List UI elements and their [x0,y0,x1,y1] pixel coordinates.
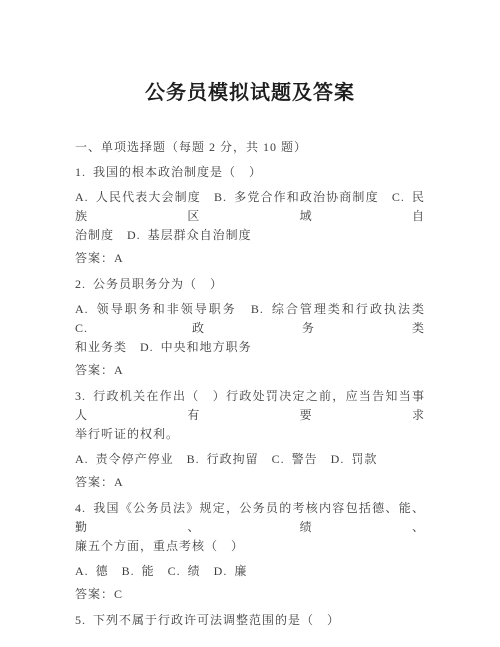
question-5-text: 5. 下列不属于行政许可法调整范围的是（ ） [75,611,425,630]
question-1-options-line-1: A. 人民代表大会制度 B. 多党合作和政治协商制度 C. 民族区域自 [75,188,425,226]
document-title: 公务员模拟试题及答案 [75,80,425,106]
question-4-options: A. 德 B. 能 C. 绩 D. 廉 [75,562,425,581]
question-2-options-line-2: 和业务类 D. 中央和地方职务 [75,338,425,357]
question-3-text-line-1: 3. 行政机关在作出（ ）行政处罚决定之前，应当告知当事人有要求 [75,387,425,425]
question-3-text-line-2: 举行听证的权利。 [75,425,425,444]
question-1-text: 1. 我国的根本政治制度是（ ） [75,163,425,182]
question-2: 2. 公务员职务分为（ ） A. 领导职务和非领导职务 B. 综合管理类和行政执… [75,275,425,380]
question-3-options-line-1: A. 责令停产停业 B. 行政拘留 C. 警告 D. 罚款 [75,450,425,469]
question-4-stem: 4. 我国《公务员法》规定，公务员的考核内容包括德、能、勤、绩、 廉五个方面，重… [75,499,425,556]
question-2-options-line-1: A. 领导职务和非领导职务 B. 综合管理类和行政执法类 C. 政务类 [75,300,425,338]
question-4: 4. 我国《公务员法》规定，公务员的考核内容包括德、能、勤、绩、 廉五个方面，重… [75,499,425,604]
question-4-options-line-1: A. 德 B. 能 C. 绩 D. 廉 [75,562,425,581]
question-1-answer: 答案：A [75,249,425,268]
question-4-text-line-2: 廉五个方面，重点考核（ ） [75,537,425,556]
document-page: 公务员模拟试题及答案 一、单项选择题（每题 2 分，共 10 题） 1. 我国的… [0,0,500,647]
question-4-text-line-1: 4. 我国《公务员法》规定，公务员的考核内容包括德、能、勤、绩、 [75,499,425,537]
question-2-options: A. 领导职务和非领导职务 B. 综合管理类和行政执法类 C. 政务类 和业务类… [75,300,425,357]
section-header: 一、单项选择题（每题 2 分，共 10 题） [75,138,425,157]
question-5: 5. 下列不属于行政许可法调整范围的是（ ） [75,611,425,630]
question-3-stem: 3. 行政机关在作出（ ）行政处罚决定之前，应当告知当事人有要求 举行听证的权利… [75,387,425,444]
question-2-answer-text: 答案：A [75,361,425,380]
question-5-stem: 5. 下列不属于行政许可法调整范围的是（ ） [75,611,425,630]
question-1-stem: 1. 我国的根本政治制度是（ ） [75,163,425,182]
question-1-options-line-2: 治制度 D. 基层群众自治制度 [75,226,425,245]
question-1: 1. 我国的根本政治制度是（ ） A. 人民代表大会制度 B. 多党合作和政治协… [75,163,425,268]
question-2-answer: 答案：A [75,361,425,380]
question-4-answer-text: 答案：C [75,585,425,604]
question-1-answer-text: 答案：A [75,249,425,268]
question-3-answer: 答案：A [75,473,425,492]
question-3: 3. 行政机关在作出（ ）行政处罚决定之前，应当告知当事人有要求 举行听证的权利… [75,387,425,492]
question-3-answer-text: 答案：A [75,473,425,492]
section-header-text: 一、单项选择题（每题 2 分，共 10 题） [75,138,425,157]
question-4-answer: 答案：C [75,585,425,604]
question-2-text: 2. 公务员职务分为（ ） [75,275,425,294]
question-1-options: A. 人民代表大会制度 B. 多党合作和政治协商制度 C. 民族区域自 治制度 … [75,188,425,245]
question-3-options: A. 责令停产停业 B. 行政拘留 C. 警告 D. 罚款 [75,450,425,469]
question-2-stem: 2. 公务员职务分为（ ） [75,275,425,294]
